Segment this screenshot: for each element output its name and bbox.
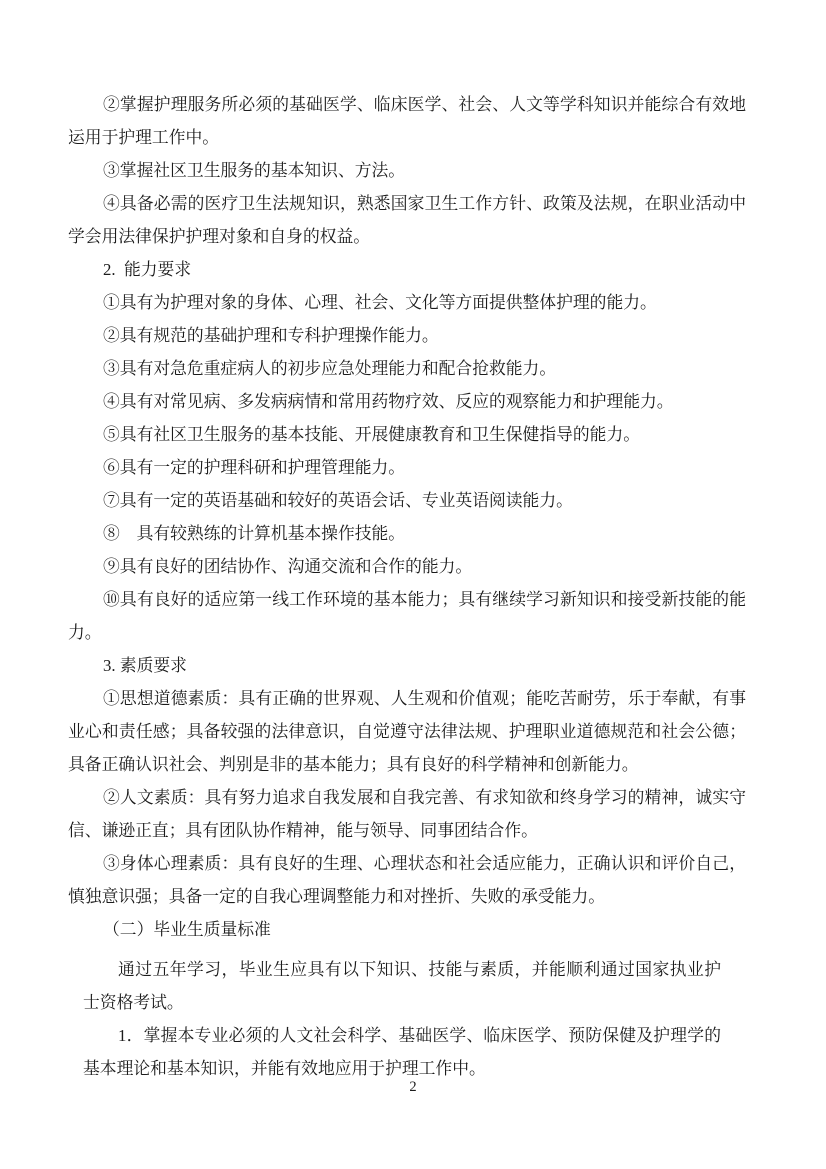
- para-knowledge-item-2: ②掌握护理服务所必须的基础医学、临床医学、社会、人文等学科知识并能综合有效地运用…: [68, 88, 746, 154]
- para-quality-physical-psychological: ③身体心理素质：具有良好的生理、心理状态和社会适应能力，正确认识和评价自己，慎独…: [68, 847, 746, 913]
- para-ability-item-6: ⑥具有一定的护理科研和护理管理能力。: [68, 451, 746, 484]
- para-ability-item-7: ⑦具有一定的英语基础和较好的英语会话、专业英语阅读能力。: [68, 484, 746, 517]
- para-graduate-item-1: 1．掌握本专业必须的人文社会科学、基础医学、临床医学、预防保健及护理学的基本理论…: [83, 1019, 721, 1085]
- document-page: ②掌握护理服务所必须的基础医学、临床医学、社会、人文等学科知识并能综合有效地运用…: [0, 0, 826, 1169]
- para-ability-item-4: ④具有对常见病、多发病病情和常用药物疗效、反应的观察能力和护理能力。: [68, 385, 746, 418]
- para-graduate-overview: 通过五年学习，毕业生应具有以下知识、技能与素质，并能顺利通过国家执业护士资格考试…: [83, 953, 721, 1019]
- para-ability-item-5: ⑤具有社区卫生服务的基本技能、开展健康教育和卫生保健指导的能力。: [68, 418, 746, 451]
- heading-quality-requirements: 3. 素质要求: [68, 649, 746, 682]
- heading-graduate-quality-standards: （二）毕业生质量标准: [68, 913, 746, 946]
- para-ability-item-9: ⑨具有良好的团结协作、沟通交流和合作的能力。: [68, 550, 746, 583]
- para-quality-humanistic: ②人文素质：具有努力追求自我发展和自我完善、有求知欲和终身学习的精神，诚实守信、…: [68, 781, 746, 847]
- page-footer: 2: [0, 1078, 826, 1096]
- para-ability-item-3: ③具有对急危重症病人的初步应急处理能力和配合抢救能力。: [68, 352, 746, 385]
- para-knowledge-item-4: ④具备必需的医疗卫生法规知识，熟悉国家卫生工作方针、政策及法规，在职业活动中学会…: [68, 187, 746, 253]
- page-number: 2: [409, 1079, 416, 1095]
- para-ability-item-2: ②具有规范的基础护理和专科护理操作能力。: [68, 319, 746, 352]
- para-ability-item-8: ⑧ 具有较熟练的计算机基本操作技能。: [68, 517, 746, 550]
- document-body: ②掌握护理服务所必须的基础医学、临床医学、社会、人文等学科知识并能综合有效地运用…: [68, 88, 746, 1085]
- para-ability-item-1: ①具有为护理对象的身体、心理、社会、文化等方面提供整体护理的能力。: [68, 286, 746, 319]
- para-knowledge-item-3: ③掌握社区卫生服务的基本知识、方法。: [68, 154, 746, 187]
- para-ability-item-10: ⑩具有良好的适应第一线工作环境的基本能力；具有继续学习新知识和接受新技能的能力。: [68, 583, 746, 649]
- heading-ability-requirements: 2. 能力要求: [68, 253, 746, 286]
- para-quality-ideological-moral: ①思想道德素质：具有正确的世界观、人生观和价值观；能吃苦耐劳，乐于奉献，有事业心…: [68, 682, 746, 781]
